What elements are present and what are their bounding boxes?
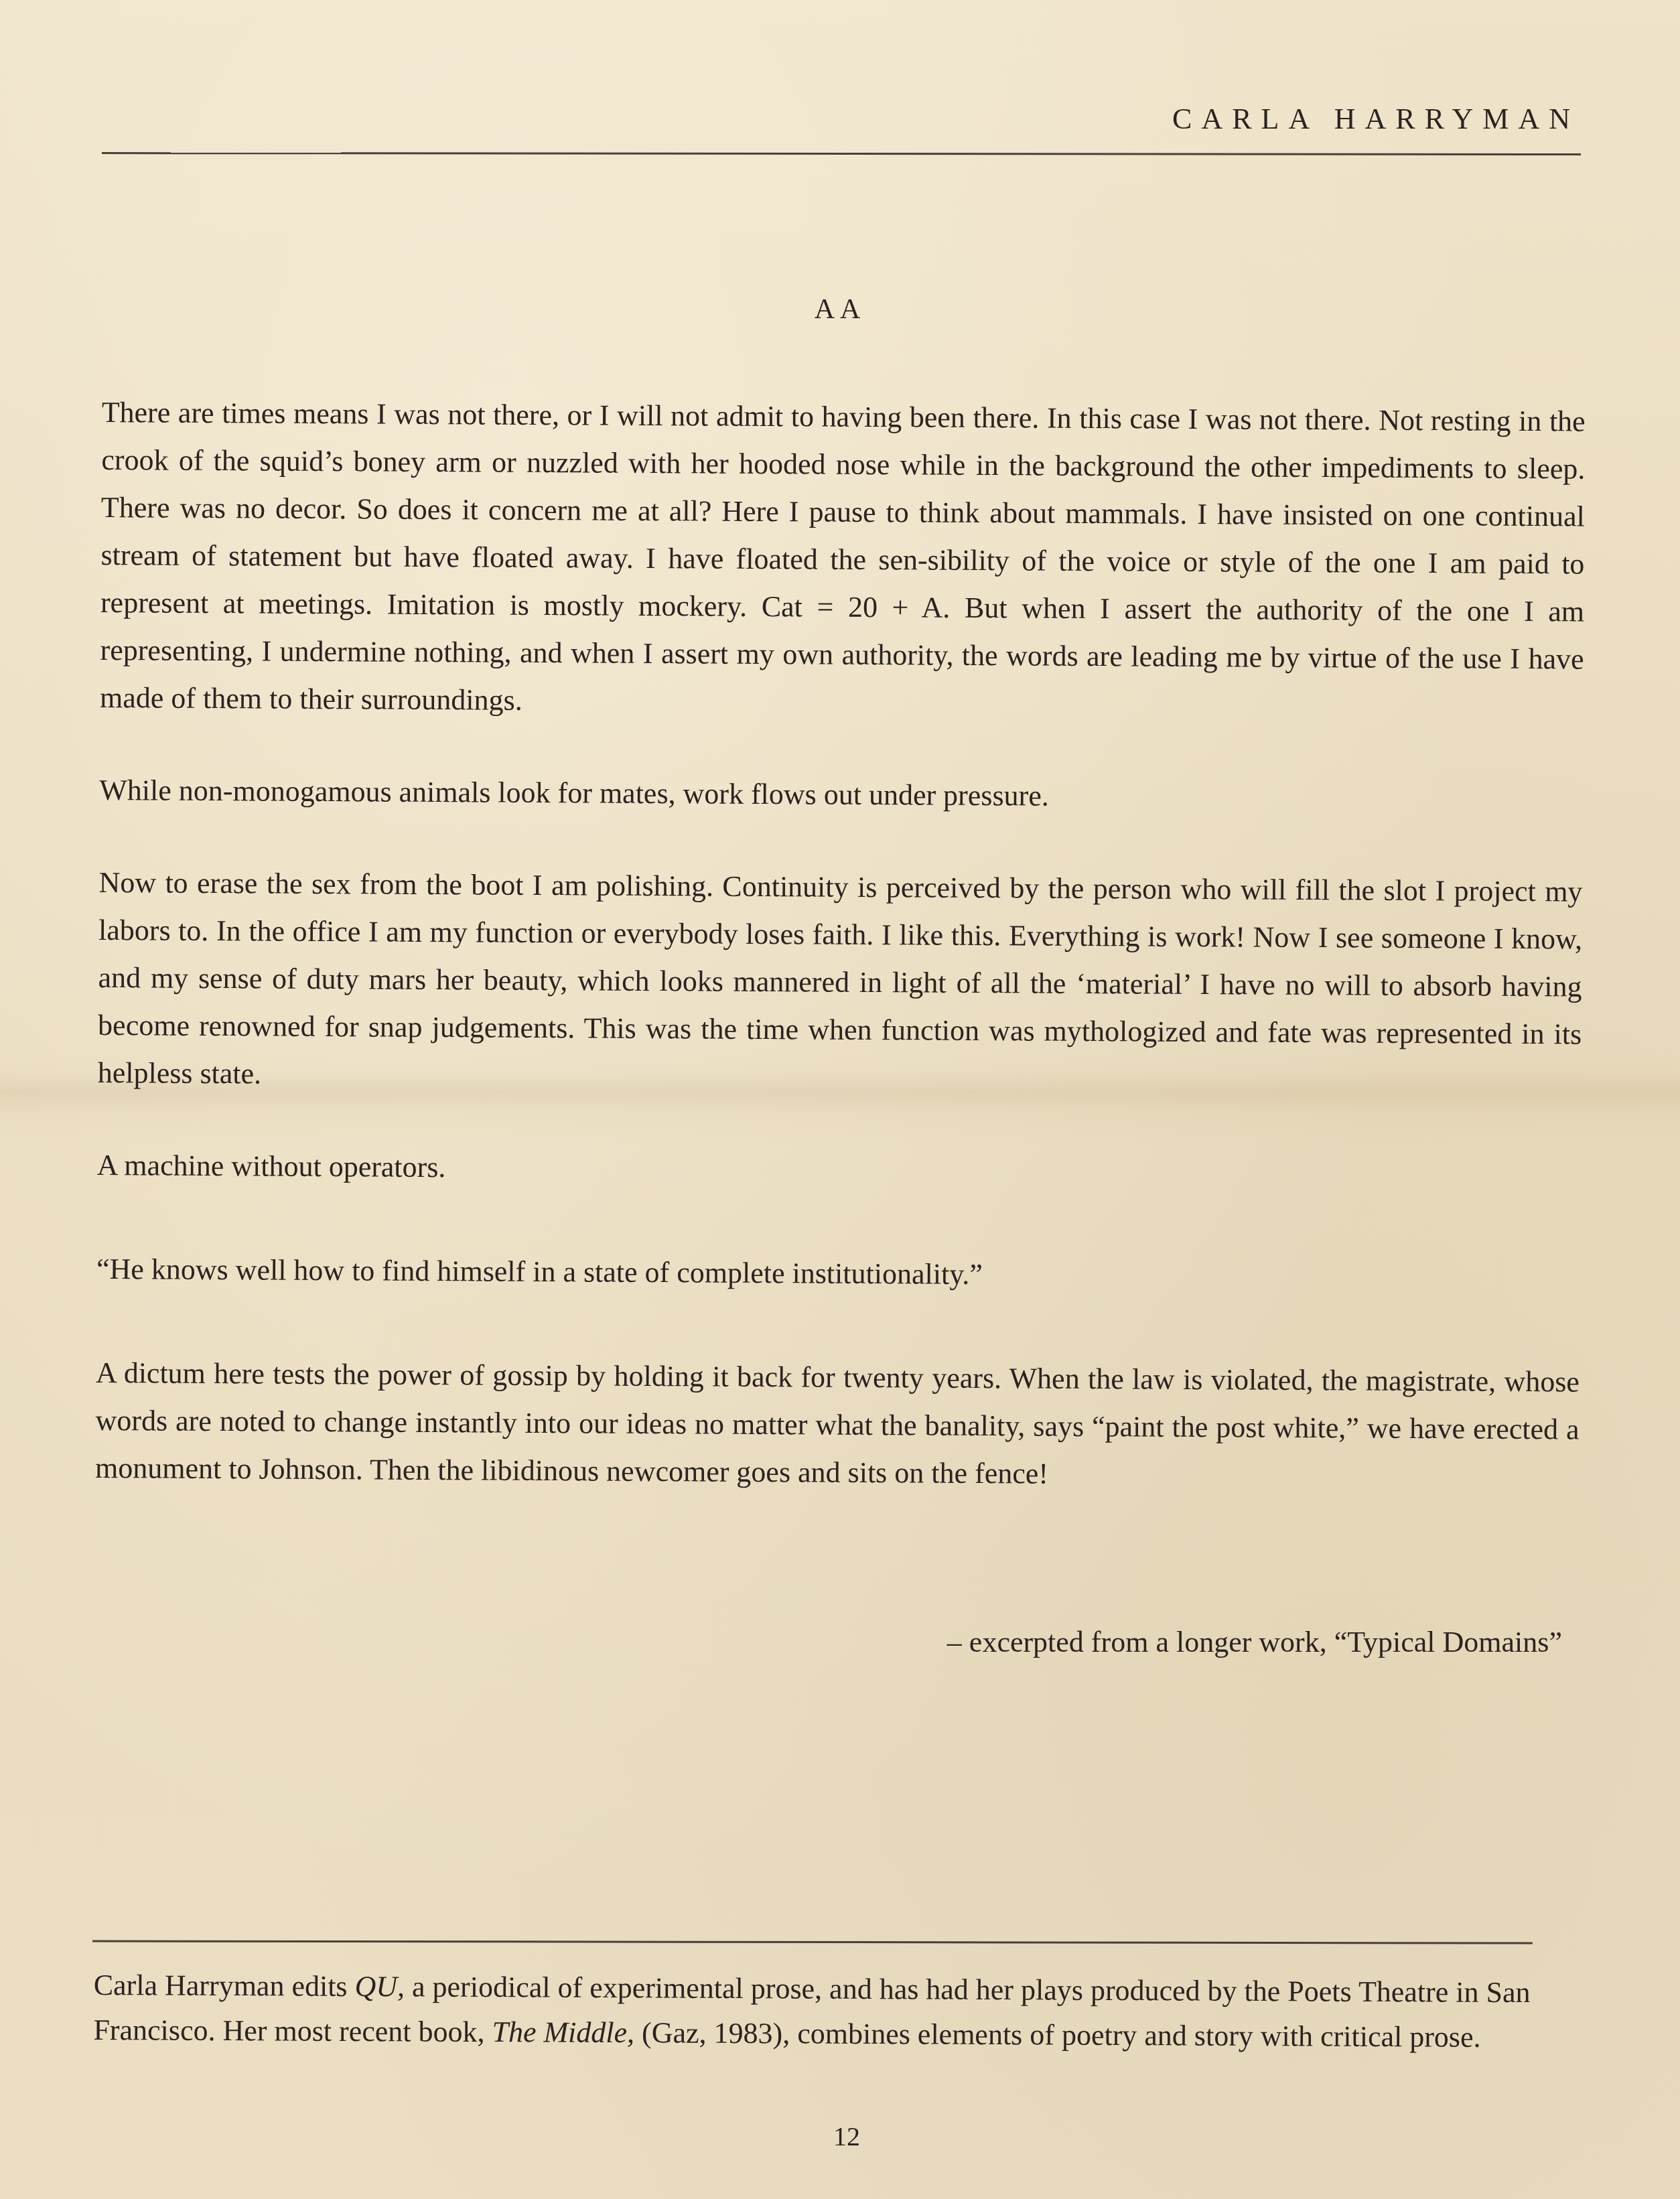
article-body: There are times means I was not there, o… (95, 388, 1586, 1545)
piece-title: AA (0, 293, 1680, 326)
bio-book-title: The Middle, (492, 2015, 634, 2049)
footnote-rule (92, 1940, 1533, 1944)
author-bio: Carla Harryman edits QU, a periodical of… (93, 1963, 1534, 2060)
bio-text-1: Carla Harryman edits (94, 1969, 355, 2003)
page-number: 12 (0, 2121, 1680, 2152)
paragraph-3: Now to erase the sex from the boot I am … (98, 859, 1583, 1106)
paragraph-1: There are times means I was not there, o… (100, 388, 1586, 731)
bio-text-3: (Gaz, 1983), combines elements of poetry… (634, 2016, 1481, 2054)
paragraph-2: While non-monogamous animals look for ma… (99, 766, 1583, 823)
book-page: CARLA HARRYMAN AA There are times means … (0, 0, 1680, 2199)
source-attribution: – excerpted from a longer work, “Typical… (947, 1622, 1562, 1662)
header-rule (102, 152, 1581, 155)
paragraph-5-quotation: “He knows well how to find himself in a … (96, 1245, 1580, 1302)
bio-periodical-title: QU, (354, 1970, 405, 2003)
running-head-author: CARLA HARRYMAN (1172, 102, 1580, 136)
paragraph-4: A machine without operators. (97, 1141, 1581, 1198)
paragraph-6: A dictum here tests the power of gossip … (95, 1349, 1580, 1501)
